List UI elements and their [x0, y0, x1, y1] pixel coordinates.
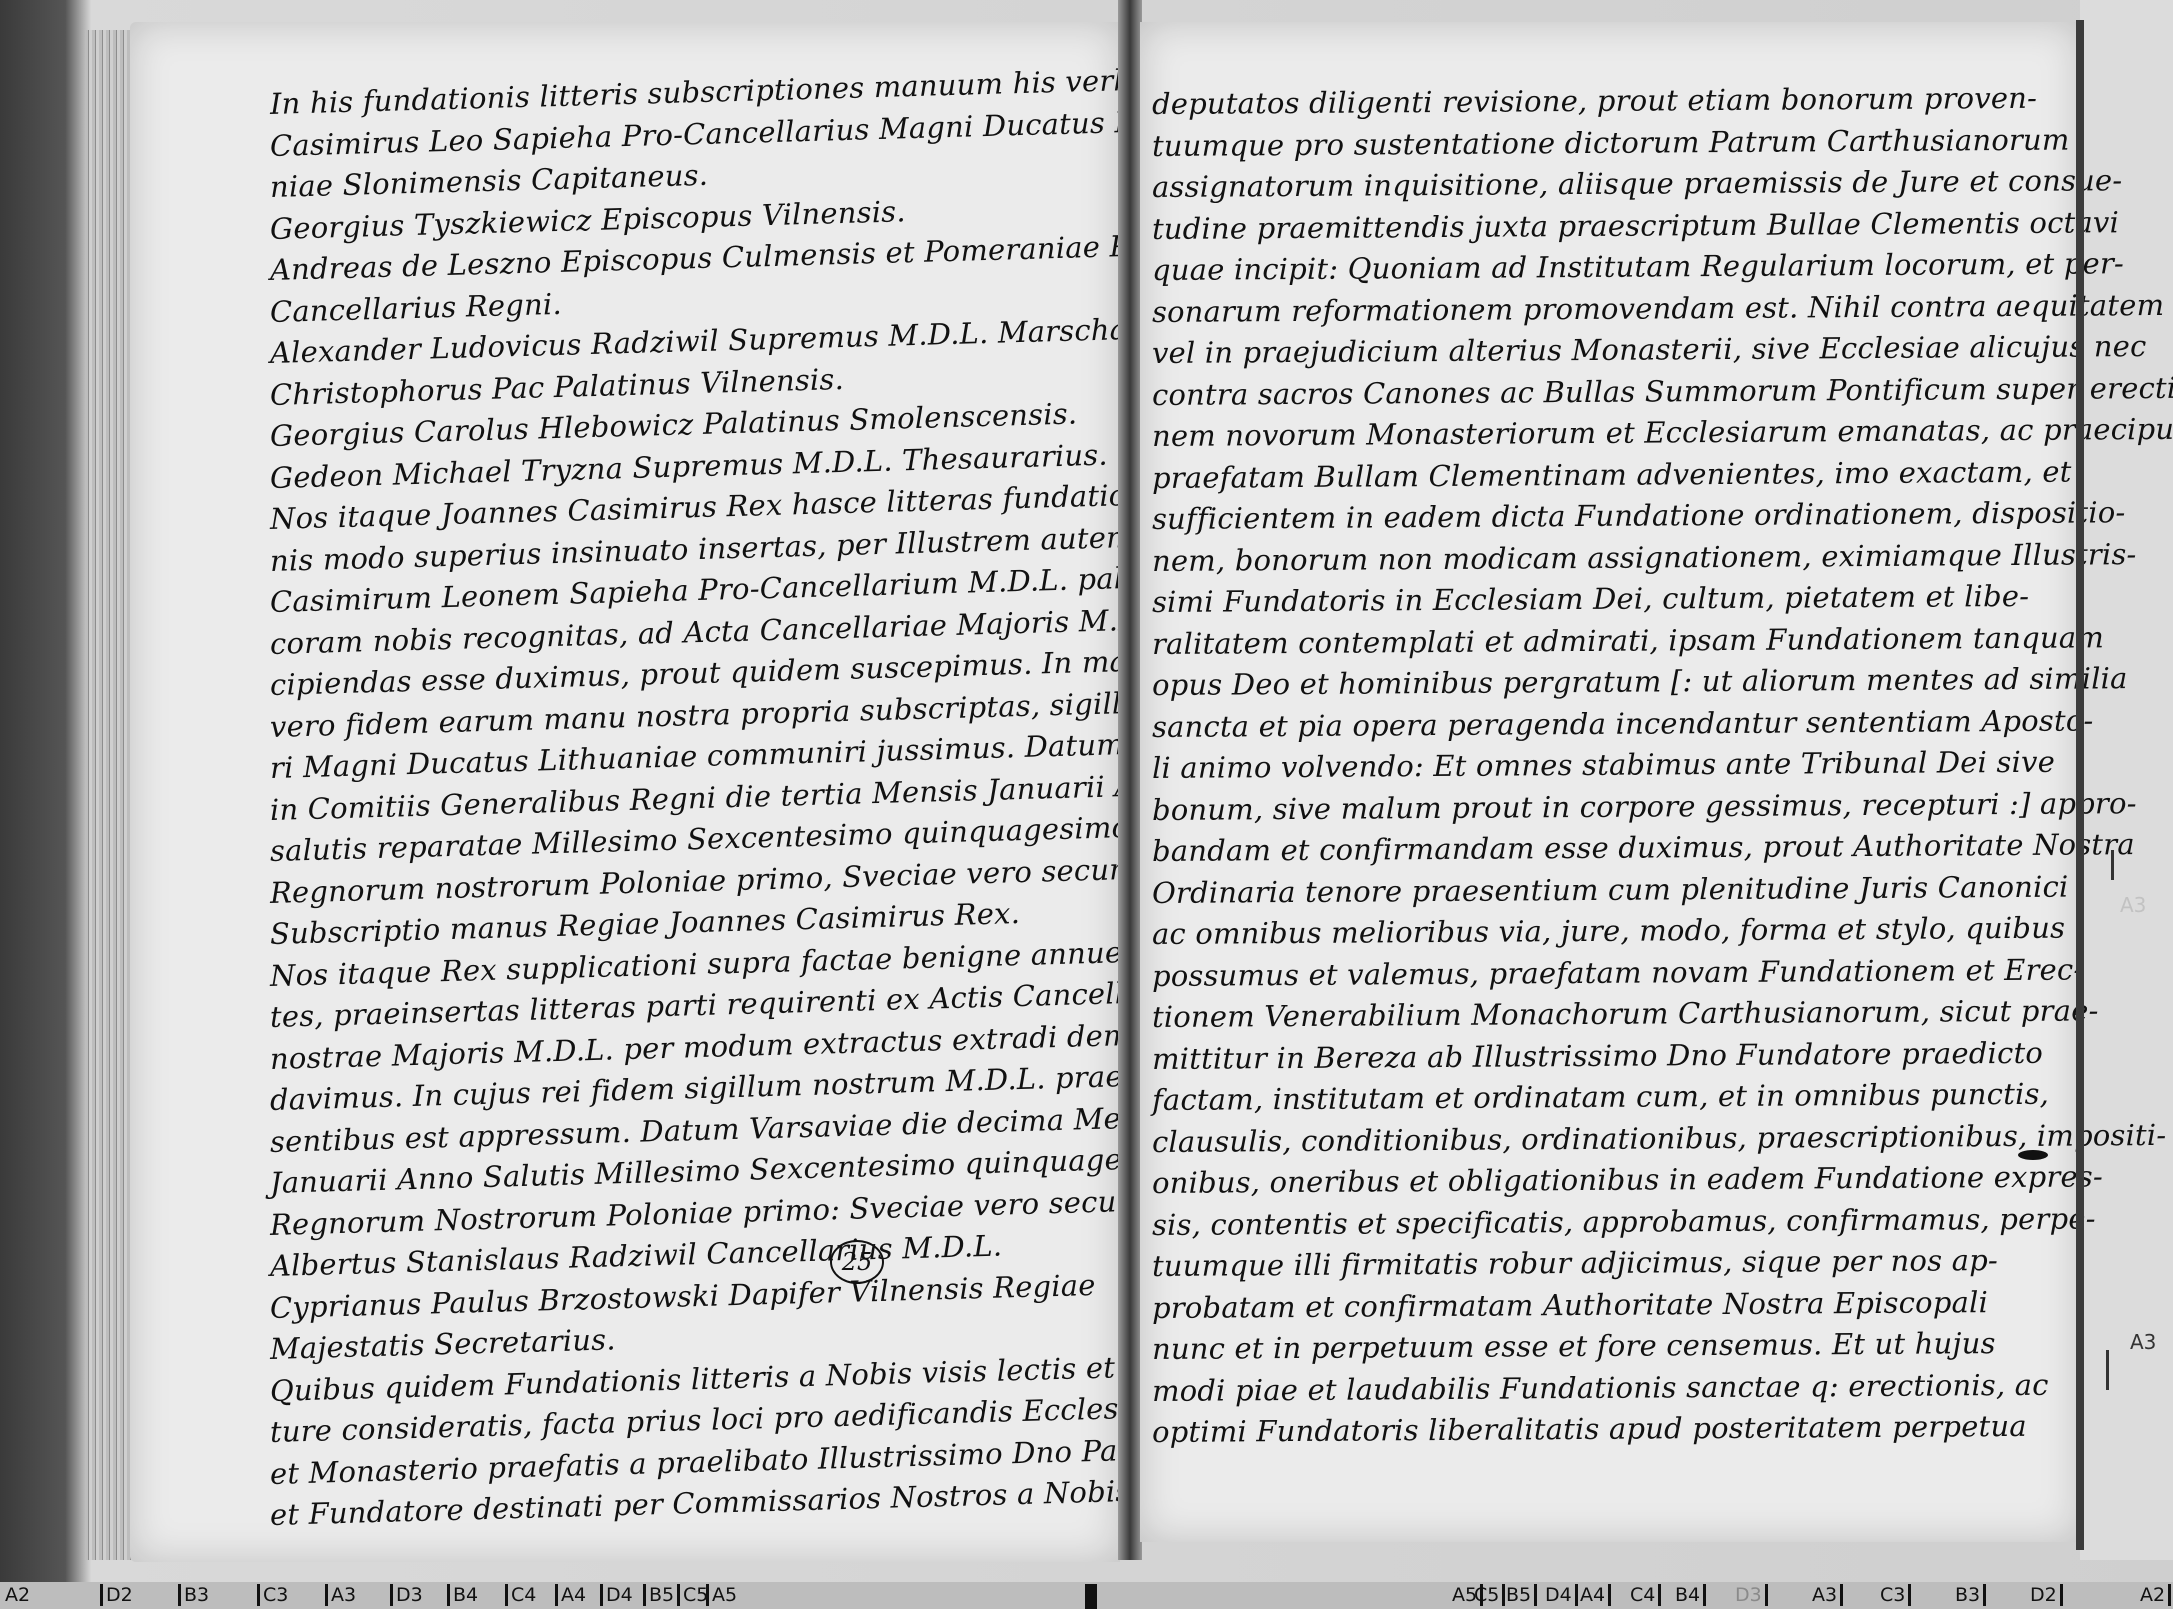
right-page-edge	[2076, 20, 2084, 1550]
right-page-line: opus Deo et hominibus pergratum [: ut al…	[1152, 659, 2062, 707]
right-page-line: tuumque pro sustentatione dictorum Patru…	[1152, 119, 2062, 167]
right-page-line: mittitur in Bereza ab Illustrissimo Dno …	[1152, 1032, 2062, 1080]
strip-label-right: A4	[1580, 1584, 1611, 1606]
right-page-line: tudine praemittendis juxta praescriptum …	[1152, 202, 2062, 250]
right-page-line: nem novorum Monasteriorum et Ecclesiarum…	[1152, 410, 2062, 458]
strip-label-left: B5	[643, 1584, 674, 1606]
right-page-line: ralitatem contemplati et admirati, ipsam…	[1152, 617, 2062, 665]
left-page-text: In his fundationis litteris subscription…	[270, 84, 1100, 1537]
right-page-line: probatam et confirmatam Authoritate Nost…	[1152, 1281, 2062, 1329]
right-page-line: bandam et confirmandam esse duximus, pro…	[1152, 825, 2062, 873]
ink-blot-mark	[2018, 1150, 2048, 1160]
right-page-line: clausulis, conditionibus, ordinationibus…	[1152, 1115, 2062, 1163]
right-page-line: praefatam Bullam Clementinam advenientes…	[1152, 451, 2062, 499]
strip-label-left: D4	[600, 1584, 633, 1606]
strip-label-right: B4	[1675, 1584, 1706, 1606]
right-page-line: onibus, oneribus et obligationibus in ea…	[1152, 1157, 2062, 1205]
right-page-line: sis, contentis et specificatis, approbam…	[1152, 1198, 2062, 1246]
left-page: In his fundationis litteris subscription…	[130, 22, 1120, 1562]
right-page-line: sonarum reformationem promovendam est. N…	[1152, 285, 2062, 333]
side-label-lower: A3	[2130, 1330, 2156, 1354]
strip-label-right: D4	[1545, 1584, 1578, 1606]
right-page-line: quae incipit: Quoniam ad Institutam Regu…	[1152, 244, 2062, 292]
strip-label-left: A5	[706, 1584, 737, 1606]
strip-label-right: D2	[2030, 1584, 2063, 1606]
right-page-line: Ordinaria tenore praesentium cum plenitu…	[1152, 866, 2062, 914]
right-page-line: tionem Venerabilium Monachorum Carthusia…	[1152, 991, 2062, 1039]
strip-label-right: C5	[1474, 1584, 1505, 1606]
strip-label-left: B3	[178, 1584, 209, 1606]
right-page-line: ac omnibus melioribus via, jure, modo, f…	[1152, 908, 2062, 956]
right-page-line: bonum, sive malum prout in corpore gessi…	[1152, 783, 2062, 831]
strip-label-left: B4	[447, 1584, 478, 1606]
strip-label-right: B5	[1506, 1584, 1537, 1606]
right-page: deputatos diligenti revisione, prout eti…	[1140, 22, 2080, 1542]
strip-center-marker	[1085, 1584, 1097, 1609]
right-page-line: sancta et pia opera peragenda incendantu…	[1152, 700, 2062, 748]
strip-label-left: A2	[2, 1584, 30, 1606]
right-page-line: possumus et valemus, praefatam novam Fun…	[1152, 949, 2062, 997]
page-number-circle: 25	[830, 1240, 884, 1284]
right-page-line: factam, institutam et ordinatam cum, et …	[1152, 1074, 2062, 1122]
right-page-line: sufficientem in eadem dicta Fundatione o…	[1152, 493, 2062, 541]
side-label-upper: A3	[2120, 893, 2146, 917]
right-page-line: contra sacros Canones ac Bullas Summorum…	[1152, 368, 2062, 416]
book-gutter	[1118, 0, 1142, 1560]
right-page-line: vel in praejudicium alterius Monasterii,…	[1152, 327, 2062, 375]
strip-label-left: C4	[505, 1584, 536, 1606]
right-page-line: nunc et in perpetuum esse et fore censem…	[1152, 1323, 2062, 1371]
right-page-line: modi piae et laudabilis Fundationis sanc…	[1152, 1364, 2062, 1412]
right-page-line: nem, bonorum non modicam assignationem, …	[1152, 534, 2062, 582]
strip-label-right: A3	[1812, 1584, 1843, 1606]
strip-label-left: A3	[325, 1584, 356, 1606]
strip-label-right: C3	[1880, 1584, 1911, 1606]
right-page-line: li animo volvendo: Et omnes stabimus ant…	[1152, 742, 2062, 790]
strip-label-left: C3	[257, 1584, 288, 1606]
right-page-text: deputatos diligenti revisione, prout eti…	[1152, 84, 2062, 1454]
strip-label-right: D3	[1735, 1584, 1768, 1606]
strip-label-left: C5	[677, 1584, 708, 1606]
right-page-line: deputatos diligenti revisione, prout eti…	[1152, 78, 2062, 126]
strip-label-left: A4	[555, 1584, 586, 1606]
side-tick-upper	[2111, 850, 2114, 880]
strip-label-left: D2	[100, 1584, 133, 1606]
right-page-line: tuumque illi firmitatis robur adjicimus,…	[1152, 1240, 2062, 1288]
strip-label-right: C4	[1630, 1584, 1661, 1606]
strip-label-right: B3	[1955, 1584, 1986, 1606]
strip-label-right: A2	[2140, 1584, 2171, 1606]
side-tick-lower	[2106, 1350, 2109, 1390]
right-page-line: optimi Fundatoris liberalitatis apud pos…	[1152, 1406, 2062, 1454]
right-page-line: assignatorum inquisitione, aliisque prae…	[1152, 161, 2062, 209]
page-number: 25	[842, 1248, 873, 1276]
right-page-line: simi Fundatoris in Ecclesiam Dei, cultum…	[1152, 576, 2062, 624]
strip-label-left: D3	[390, 1584, 423, 1606]
